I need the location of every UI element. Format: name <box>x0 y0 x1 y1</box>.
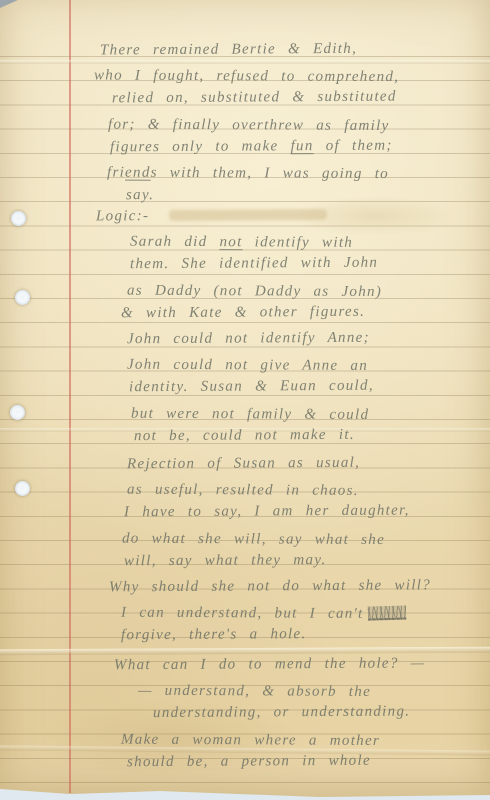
handwriting-segment: should be, a person in whole <box>127 752 371 769</box>
handwriting-line: figures only to make fun of them; <box>0 133 490 160</box>
handwriting-segment: for; & finally overthrew as family <box>108 116 390 133</box>
handwriting-segment: John could not give Anne an <box>127 357 368 374</box>
scribbled-out-word <box>367 606 405 621</box>
handwriting-segment: say. <box>126 187 154 203</box>
handwriting-segment: figures only to make <box>110 138 291 155</box>
handwriting-line: relied on, substituted & substituted <box>0 84 490 111</box>
handwriting-segment: as Daddy (not Daddy as John) <box>127 282 382 299</box>
handwriting-segment: There remained Bertie & Edith, <box>100 41 357 59</box>
paragraph-1: There remained Bertie & Edith,who I foug… <box>0 39 490 208</box>
handwriting-line: & with Kate & other figures. <box>0 299 490 326</box>
handwriting-segment: them. She identified with John <box>130 255 378 273</box>
handwriting-line: not be, could not make it. <box>0 422 490 449</box>
punch-hole <box>15 481 30 496</box>
paragraph-6: What can I do to mend the hole? —— under… <box>0 654 490 775</box>
handwriting-line: forgive, there's a hole. <box>0 621 490 648</box>
handwriting-line: should be, a person in whole <box>0 748 490 775</box>
handwriting-segment: Make a woman where a mother <box>121 731 380 748</box>
paragraph-4: Rejection of Susan as usual,as useful, r… <box>0 453 490 574</box>
scanned-page-background: { "page": { "kind_label": "handwritten n… <box>0 0 490 800</box>
handwriting-segment: John could not identify Anne; <box>127 330 370 347</box>
handwriting-segment: do what she will, say what she <box>122 530 385 547</box>
paragraph-3: John could not identify Anne;John could … <box>0 328 490 449</box>
underlined-word: end <box>125 165 151 181</box>
handwriting-segment: Sarah did <box>130 234 220 250</box>
paragraph-2: Logic:-Sarah did not identify withthem. … <box>0 205 490 326</box>
underlined-word: fun <box>291 138 314 154</box>
punch-hole <box>10 405 25 420</box>
handwriting-segment: Rejection of Susan as usual, <box>127 455 360 472</box>
handwriting-line: I have to say, I am her daughter, <box>0 498 490 525</box>
handwriting-segment: relied on, substituted & substituted <box>112 89 397 107</box>
handwritten-text: There remained Bertie & Edith,who I foug… <box>0 0 490 800</box>
handwriting-segment: I can understand, but I can't <box>121 605 364 622</box>
handwriting-segment: identity. Susan & Euan could, <box>129 378 374 395</box>
handwriting-segment: identify with <box>243 234 354 251</box>
handwriting-line: John could not identify Anne; <box>0 325 490 352</box>
handwriting-line: them. She identified with John <box>0 250 490 277</box>
handwriting-segment: forgive, there's a hole. <box>121 627 307 644</box>
handwriting-line: identity. Susan & Euan could, <box>0 373 490 400</box>
handwriting-line: There remained Bertie & Edith, <box>0 36 490 63</box>
handwriting-line: Why should she not do what she will? <box>0 573 490 600</box>
handwriting-segment: not be, could not make it. <box>134 427 355 444</box>
erased-smudge <box>169 209 327 221</box>
handwriting-line: What can I do to mend the hole? — <box>0 651 490 678</box>
paragraph-5: Why should she not do what she will?I ca… <box>0 576 490 649</box>
handwriting-segment: who I fought, refused to comprehend, <box>94 68 399 86</box>
handwriting-line: will, say what they may. <box>0 547 490 574</box>
handwriting-segment: What can I do to mend the hole? — <box>114 655 425 673</box>
handwriting-line: Logic:- <box>0 202 490 229</box>
handwriting-line: Rejection of Susan as usual, <box>0 450 490 477</box>
handwriting-segment: but were not family & could <box>131 405 369 422</box>
handwriting-segment: fri <box>107 164 125 180</box>
handwriting-segment: & with Kate & other figures. <box>121 304 365 321</box>
handwriting-segment: as useful, resulted in chaos. <box>127 482 359 499</box>
handwriting-line: understanding, or understanding. <box>0 699 490 726</box>
punch-hole <box>11 211 26 226</box>
punch-hole <box>15 290 30 305</box>
underlined-word: not <box>219 234 242 250</box>
handwriting-segment: I have to say, I am her daughter, <box>124 503 410 521</box>
handwriting-segment: will, say what they may. <box>124 552 327 569</box>
handwriting-segment: — understand, & absorb the <box>138 683 371 700</box>
handwriting-segment: of them; <box>314 137 393 153</box>
handwriting-segment: understanding, or understanding. <box>153 704 410 722</box>
handwriting-segment: Why should she not do what she will? <box>109 577 431 595</box>
handwriting-segment: s with them, I was going to <box>151 165 389 182</box>
handwriting-segment: Logic:- <box>96 208 149 224</box>
